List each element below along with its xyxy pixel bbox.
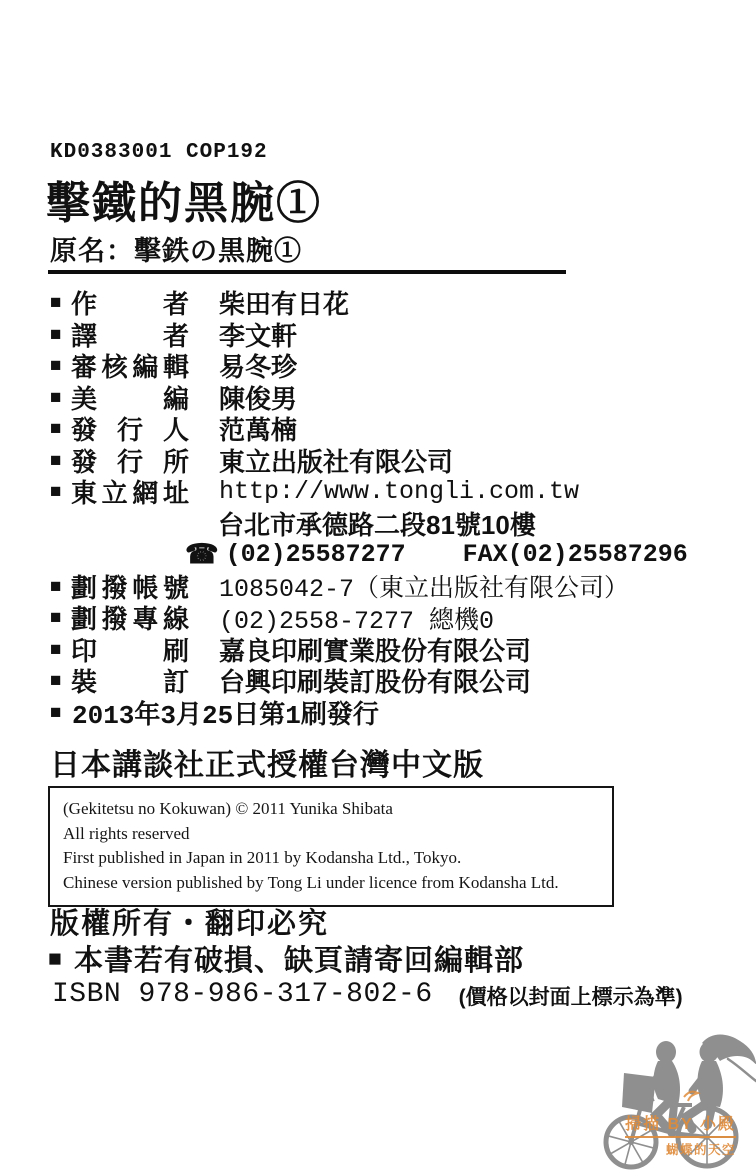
square-bullet-icon: ■ <box>50 608 71 627</box>
fax-number: FAX(02)25587296 <box>463 540 688 569</box>
copyright-line: All rights reserved <box>63 822 599 847</box>
license-heading: 日本講談社正式授權台灣中文版 <box>50 740 484 784</box>
credits-list: ■ 作者 柴田有日花 ■ 譯者 李文軒 ■ 審核編輯 易冬珍 ■ 美編 陳俊男 … <box>50 287 690 728</box>
damage-notice-text: 本書若有破損、缺頁請寄回編輯部 <box>74 938 524 979</box>
credit-row-art-editor: ■ 美編 陳俊男 <box>50 382 690 414</box>
credit-row-issuer: ■ 發行人 范萬楠 <box>50 413 690 445</box>
square-bullet-icon: ■ <box>50 640 71 659</box>
copyright-line: (Gekitetsu no Kokuwan) © 2011 Yunika Shi… <box>63 797 599 822</box>
book-title: 擊鐵的黑腕① <box>46 167 322 231</box>
price-note: (價格以封面上標示為準) <box>459 981 683 1011</box>
copyright-line: Chinese version published by Tong Li und… <box>63 871 599 896</box>
credit-row-review-editor: ■ 審核編輯 易冬珍 <box>50 350 690 382</box>
credit-row-postal-account: ■ 劃撥帳號 1085042-7（東立出版社有限公司） <box>50 571 690 603</box>
phone-number: (02)25587277 <box>226 540 406 569</box>
isbn-line: ISBN 978-986-317-802-6 (價格以封面上標示為準) <box>52 978 683 1011</box>
copyright-line: First published in Japan in 2011 by Koda… <box>63 846 599 871</box>
square-bullet-icon: ■ <box>50 671 71 690</box>
credit-row-address: 台北市承德路二段81號10樓 <box>50 508 690 540</box>
scan-watermark: 掃描 BY 小殿 蝴蝶的天空 <box>625 1111 736 1158</box>
colophon-page: KD0383001 COP192 擊鐵的黑腕① 原名：擊鉄の黒腕① ■ 作者 柴… <box>0 0 756 1170</box>
telephone-icon: ☎ <box>185 541 219 568</box>
square-bullet-icon: ■ <box>48 947 74 970</box>
square-bullet-icon: ■ <box>50 356 71 375</box>
credit-row-publisher: ■ 發行所 東立出版社有限公司 <box>50 445 690 477</box>
publisher-address: 台北市承德路二段81號10樓 <box>218 505 536 542</box>
square-bullet-icon: ■ <box>50 325 71 344</box>
credit-row-printer: ■ 印刷 嘉良印刷實業股份有限公司 <box>50 634 690 666</box>
square-bullet-icon: ■ <box>50 293 71 312</box>
square-bullet-icon: ■ <box>50 388 71 407</box>
rights-notice: 版權所有・翻印必究 <box>50 901 329 942</box>
credit-value: 東立出版社有限公司 <box>219 442 453 479</box>
damage-notice: ■ 本書若有破損、缺頁請寄回編輯部 <box>48 938 524 979</box>
square-bullet-icon: ■ <box>50 482 71 501</box>
website-url: http://www.tongli.com.tw <box>219 477 579 506</box>
product-code: KD0383001 COP192 <box>50 141 268 164</box>
original-title: 原名：擊鉄の黒腕① <box>50 229 302 268</box>
square-bullet-icon: ■ <box>50 703 71 722</box>
credit-row-postal-line: ■ 劃撥專線 (02)2558-7277 總機0 <box>50 602 690 634</box>
credit-label: 東立網址 <box>71 473 189 510</box>
square-bullet-icon: ■ <box>50 577 71 596</box>
watermark-line-1: 掃描 BY 小殿 <box>625 1111 736 1138</box>
divider-rule <box>48 270 566 274</box>
credit-row-website: ■ 東立網址 http://www.tongli.com.tw <box>50 476 690 508</box>
credit-row-binding: ■ 裝訂 台興印刷裝訂股份有限公司 <box>50 665 690 697</box>
credit-row-author: ■ 作者 柴田有日花 <box>50 287 690 319</box>
copyright-box: (Gekitetsu no Kokuwan) © 2011 Yunika Shi… <box>48 786 614 907</box>
isbn-number: ISBN 978-986-317-802-6 <box>52 979 433 1010</box>
square-bullet-icon: ■ <box>50 451 71 470</box>
credit-row-print-date: ■ 2013年3月25日第1刷發行 <box>50 697 690 729</box>
credit-row-phone: ☎ (02)25587277 FAX(02)25587296 <box>50 539 690 571</box>
print-date: 2013年3月25日第1刷發行 <box>72 694 379 731</box>
watermark-line-2: 蝴蝶的天空 <box>625 1140 736 1158</box>
credit-row-translator: ■ 譯者 李文軒 <box>50 319 690 351</box>
square-bullet-icon: ■ <box>50 419 71 438</box>
